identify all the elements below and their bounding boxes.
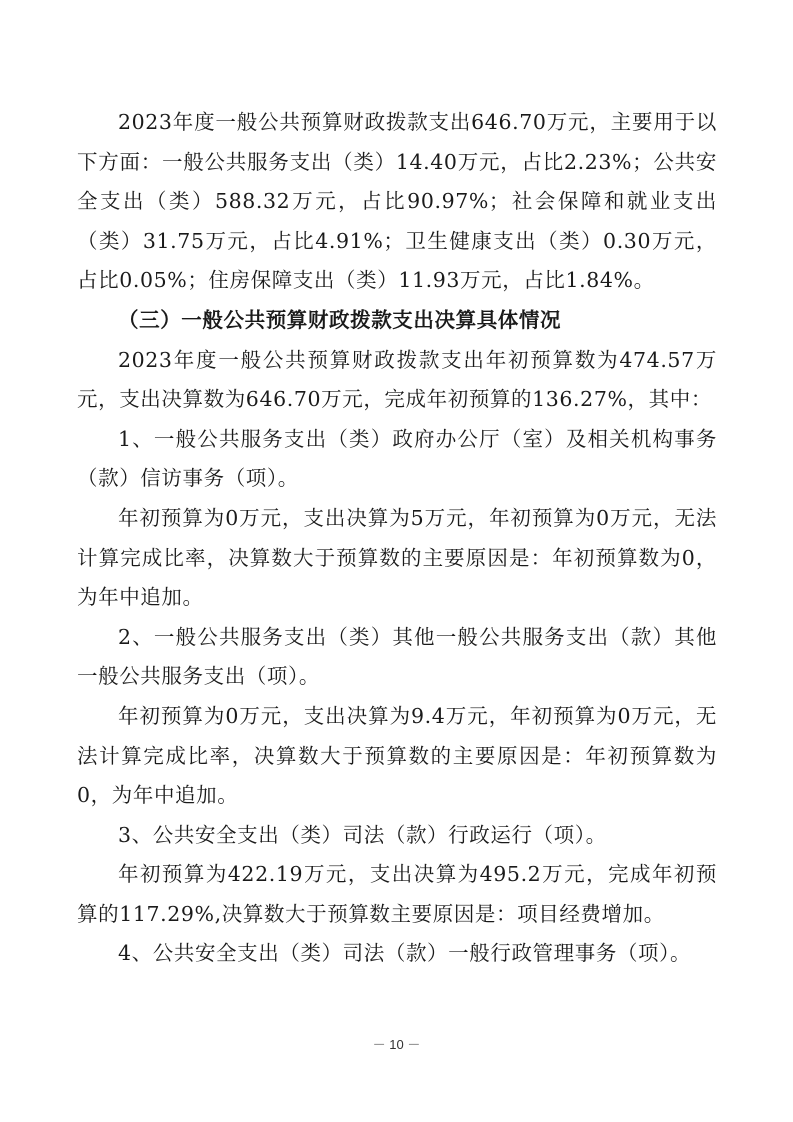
paragraph-item-1-detail: 年初预算为0万元，支出决算为5万元，年初预算为0万元，无法计算完成比率，决算数大…	[77, 499, 717, 618]
page-number: － 10 －	[0, 1034, 793, 1053]
document-page: 2023年度一般公共预算财政拨款支出646.70万元，主要用于以下方面：一般公共…	[77, 103, 717, 974]
paragraph-item-2-title: 2、一般公共服务支出（类）其他一般公共服务支出（款）其他一般公共服务支出（项）。	[77, 618, 717, 697]
paragraph-budget-overview: 2023年度一般公共预算财政拨款支出年初预算数为474.57万元，支出决算数为6…	[77, 341, 717, 420]
paragraph-expenditure-summary: 2023年度一般公共预算财政拨款支出646.70万元，主要用于以下方面：一般公共…	[77, 103, 717, 301]
paragraph-item-1-title: 1、一般公共服务支出（类）政府办公厅（室）及相关机构事务（款）信访事务（项）。	[77, 420, 717, 499]
section-heading-3: （三）一般公共预算财政拨款支出决算具体情况	[77, 301, 717, 341]
paragraph-item-3-title: 3、公共安全支出（类）司法（款）行政运行（项）。	[77, 816, 717, 856]
paragraph-item-2-detail: 年初预算为0万元，支出决算为9.4万元，年初预算为0万元，无法计算完成比率，决算…	[77, 697, 717, 816]
paragraph-item-3-detail: 年初预算为422.19万元，支出决算为495.2万元，完成年初预算的117.29…	[77, 855, 717, 934]
paragraph-item-4-title: 4、公共安全支出（类）司法（款）一般行政管理事务（项）。	[77, 934, 717, 974]
